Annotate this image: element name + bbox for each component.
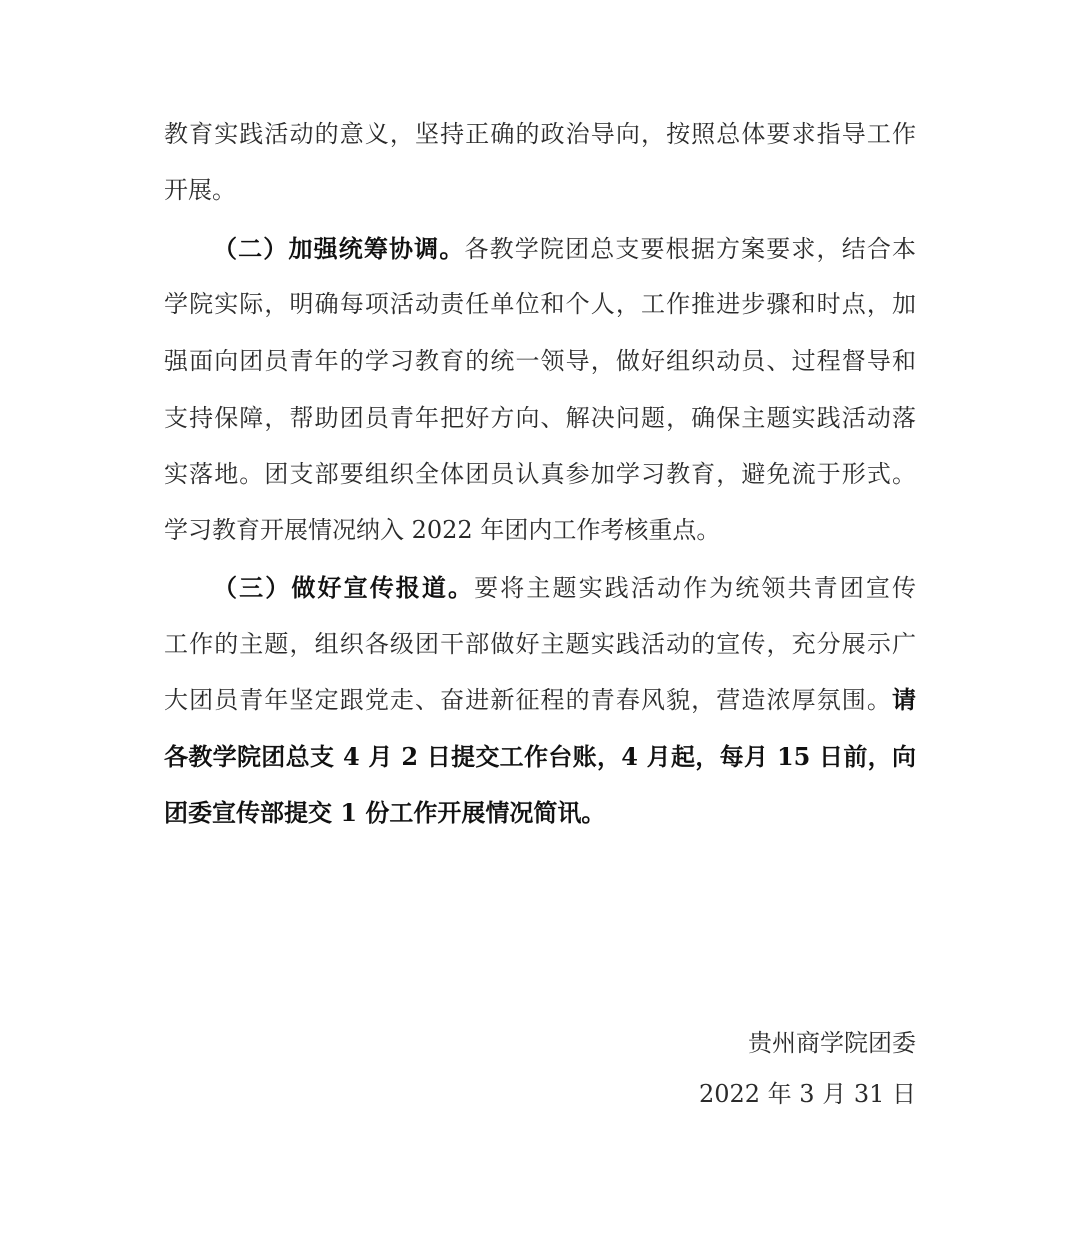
signature-organization: 贵州商学院团委 [748, 1026, 916, 1060]
paragraph-1-line-2: 开展。 [164, 173, 916, 207]
paragraph-2-line-3: 强面向团员青年的学习教育的统一领导，做好组织动员、过程督导和 [164, 344, 916, 378]
paragraph-2-line-2: 学院实际，明确每项活动责任单位和个人，工作推进步骤和时点，加 [164, 287, 916, 321]
paragraph-2-line-1-text: 各教学院团总支要根据方案要求，结合本 [464, 235, 916, 263]
paragraph-3-line-3: 大团员青年坚定跟党走、奋进新征程的青春风貌，营造浓厚氛围。请 [164, 683, 916, 717]
paragraph-1-line-1: 教育实践活动的意义，坚持正确的政治导向，按照总体要求指导工作 [164, 117, 916, 151]
paragraph-3-line-1-text: 要将主题实践活动作为统领共青团宣传 [474, 574, 916, 602]
paragraph-2-line-5: 实落地。团支部要组织全体团员认真参加学习教育，避免流于形式。 [164, 457, 916, 491]
paragraph-3-line-2: 工作的主题，组织各级团干部做好主题实践活动的宣传，充分展示广 [164, 627, 916, 661]
paragraph-3-line-5: 团委宣传部提交 1 份工作开展情况简讯。 [164, 796, 916, 830]
section-heading-publicity: （三）做好宣传报道。 [213, 573, 474, 602]
paragraph-2-line-6: 学习教育开展情况纳入 2022 年团内工作考核重点。 [164, 513, 916, 547]
paragraph-2-line-1: （二）加强统筹协调。各教学院团总支要根据方案要求，结合本 [213, 232, 916, 266]
paragraph-3-line-3-bold: 请 [892, 685, 916, 714]
paragraph-3-line-4: 各教学院团总支 4 月 2 日提交工作台账，4 月起，每月 15 日前，向 [164, 740, 916, 774]
section-heading-coordination: （二）加强统筹协调。 [213, 234, 464, 263]
paragraph-3-line-1: （三）做好宣传报道。要将主题实践活动作为统领共青团宣传 [213, 571, 916, 605]
paragraph-3-line-3-text: 大团员青年坚定跟党走、奋进新征程的青春风貌，营造浓厚氛围。 [164, 686, 892, 714]
paragraph-2-line-4: 支持保障，帮助团员青年把好方向、解决问题，确保主题实践活动落 [164, 401, 916, 435]
signature-date: 2022 年 3 月 31 日 [699, 1077, 916, 1111]
document-page: 教育实践活动的意义，坚持正确的政治导向，按照总体要求指导工作 开展。 （二）加强… [0, 0, 1080, 1243]
